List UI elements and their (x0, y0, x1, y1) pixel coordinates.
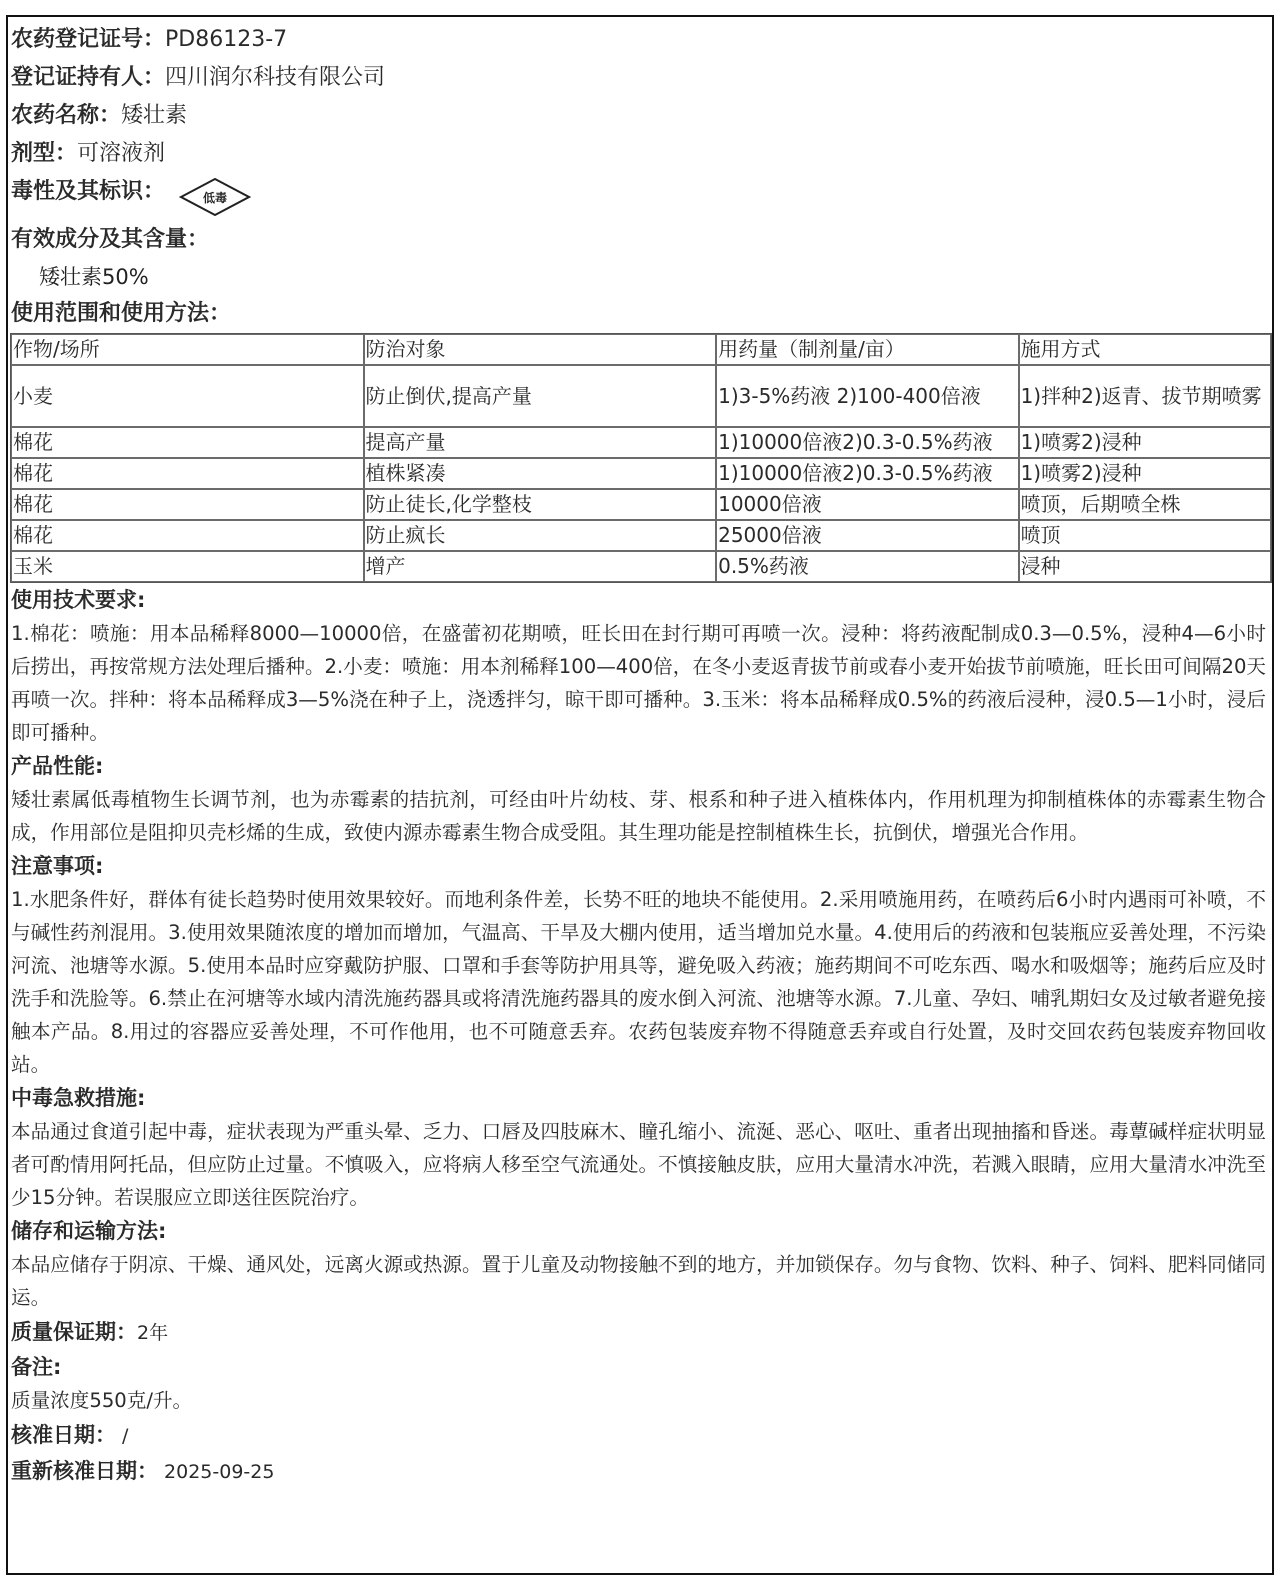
cell-target: 防止徒长,化学整枝 (364, 489, 717, 520)
header-dosage: 用药量（制剂量/亩） (716, 334, 1018, 365)
reapproval-date-value: 2025-09-25 (158, 1461, 274, 1483)
approval-date-value: / (116, 1425, 128, 1447)
cell-crop: 棉花 (11, 489, 364, 520)
cell-crop: 小麦 (11, 365, 364, 427)
cell-crop: 棉花 (11, 458, 364, 489)
usage-title: 使用范围和使用方法： (11, 295, 1272, 333)
holder-row: 登记证持有人：四川润尔科技有限公司 (11, 59, 1272, 97)
header-crop: 作物/场所 (11, 334, 364, 365)
active-ingredient-value: 矮壮素50% (11, 259, 1272, 295)
pesticide-name-label: 农药名称： (11, 103, 121, 128)
cell-dosage: 10000倍液 (716, 489, 1018, 520)
cell-dosage: 1)3-5%药液 2)100-400倍液 (716, 365, 1018, 427)
cell-target: 植株紧凑 (364, 458, 717, 489)
toxicity-label: 毒性及其标识： (11, 173, 165, 211)
formulation-row: 剂型：可溶液剂 (11, 135, 1272, 173)
cell-method: 浸种 (1019, 551, 1271, 582)
table-row: 棉花 防止徒长,化学整枝 10000倍液 喷顶，后期喷全株 (11, 489, 1271, 520)
reapproval-date-label: 重新核准日期： (11, 1459, 158, 1483)
holder-label: 登记证持有人： (11, 65, 165, 90)
table-row: 玉米 增产 0.5%药液 浸种 (11, 551, 1271, 582)
active-ingredient-title: 有效成分及其含量： (11, 221, 1272, 259)
remarks-title: 备注: (11, 1350, 1272, 1384)
registration-number: PD86123-7 (165, 27, 287, 52)
cell-dosage: 25000倍液 (716, 520, 1018, 551)
cell-method: 1)喷雾2)浸种 (1019, 427, 1271, 458)
table-row: 小麦 防止倒伏,提高产量 1)3-5%药液 2)100-400倍液 1)拌种2)… (11, 365, 1271, 427)
cell-dosage: 1)10000倍液2)0.3-0.5%药液 (716, 458, 1018, 489)
table-row: 棉花 植株紧凑 1)10000倍液2)0.3-0.5%药液 1)喷雾2)浸种 (11, 458, 1271, 489)
cell-dosage: 1)10000倍液2)0.3-0.5%药液 (716, 427, 1018, 458)
first-aid-title: 中毒急救措施: (11, 1081, 1272, 1115)
storage-text: 本品应储存于阴凉、干燥、通风处，远离火源或热源。置于儿童及动物接触不到的地方，并… (11, 1248, 1272, 1314)
cell-target: 防止疯长 (364, 520, 717, 551)
registration-number-row: 农药登记证号：PD86123-7 (11, 21, 1272, 59)
cell-target: 增产 (364, 551, 717, 582)
storage-title: 储存和运输方法: (11, 1214, 1272, 1248)
approval-date-row: 核准日期： / (11, 1417, 1272, 1453)
table-row: 棉花 提高产量 1)10000倍液2)0.3-0.5%药液 1)喷雾2)浸种 (11, 427, 1271, 458)
product-performance-text: 矮壮素属低毒植物生长调节剂，也为赤霉素的拮抗剂，可经由叶片幼枝、芽、根系和种子进… (11, 783, 1272, 849)
cell-crop: 玉米 (11, 551, 364, 582)
cell-target: 提高产量 (364, 427, 717, 458)
cell-method: 喷顶，后期喷全株 (1019, 489, 1271, 520)
cell-crop: 棉花 (11, 427, 364, 458)
pesticide-label-document: 农药登记证号：PD86123-7 登记证持有人：四川润尔科技有限公司 农药名称：… (6, 15, 1274, 1575)
technical-requirements-title: 使用技术要求: (11, 583, 1272, 617)
cell-method: 喷顶 (1019, 520, 1271, 551)
approval-date-label: 核准日期： (11, 1423, 116, 1447)
usage-table: 作物/场所 防治对象 用药量（制剂量/亩） 施用方式 小麦 防止倒伏,提高产量 … (10, 333, 1272, 583)
cell-dosage: 0.5%药液 (716, 551, 1018, 582)
table-header-row: 作物/场所 防治对象 用药量（制剂量/亩） 施用方式 (11, 334, 1271, 365)
cell-target: 防止倒伏,提高产量 (364, 365, 717, 427)
toxicity-row: 毒性及其标识： 低毒 (11, 173, 1272, 221)
registration-number-label: 农药登记证号： (11, 27, 165, 52)
pesticide-name: 矮壮素 (121, 103, 187, 128)
holder-name: 四川润尔科技有限公司 (165, 65, 385, 90)
formulation-label: 剂型： (11, 141, 77, 166)
table-row: 棉花 防止疯长 25000倍液 喷顶 (11, 520, 1271, 551)
shelf-life-value: 2年 (137, 1322, 168, 1344)
header-method: 施用方式 (1019, 334, 1271, 365)
cell-method: 1)拌种2)返青、拔节期喷雾 (1019, 365, 1271, 427)
product-performance-title: 产品性能: (11, 749, 1272, 783)
pesticide-name-row: 农药名称：矮壮素 (11, 97, 1272, 135)
header-target: 防治对象 (364, 334, 717, 365)
formulation: 可溶液剂 (77, 141, 165, 166)
precautions-text: 1.水肥条件好，群体有徒长趋势时使用效果较好。而地利条件差，长势不旺的地块不能使… (11, 883, 1272, 1081)
cell-method: 1)喷雾2)浸种 (1019, 458, 1271, 489)
svg-text:低毒: 低毒 (203, 190, 227, 205)
precautions-title: 注意事项: (11, 849, 1272, 883)
reapproval-date-row: 重新核准日期： 2025-09-25 (11, 1453, 1272, 1489)
first-aid-text: 本品通过食道引起中毒，症状表现为严重头晕、乏力、口唇及四肢麻木、瞳孔缩小、流涎、… (11, 1115, 1272, 1214)
remarks-text: 质量浓度550克/升。 (11, 1384, 1272, 1417)
cell-crop: 棉花 (11, 520, 364, 551)
technical-requirements-text: 1.棉花：喷施：用本品稀释8000—10000倍，在盛蕾初花期喷，旺长田在封行期… (11, 617, 1272, 749)
shelf-life-label: 质量保证期： (11, 1320, 137, 1344)
low-toxicity-icon: 低毒 (179, 177, 251, 217)
shelf-life-row: 质量保证期：2年 (11, 1314, 1272, 1350)
